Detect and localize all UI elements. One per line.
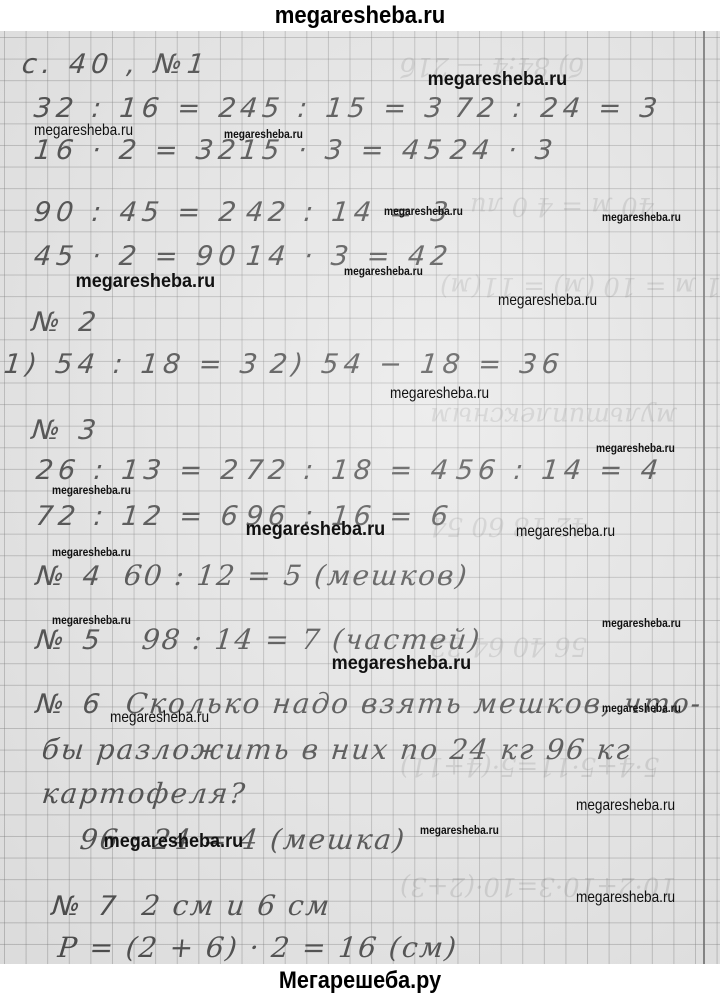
task5-solution: 98 : 14 = 7 (частей) [140,623,483,656]
task7-given: 2 см и 6 см [140,889,333,922]
task7-solution: P = (2 + 6) · 2 = 16 (см) [56,931,459,964]
watermark: megaresheba.ru [428,69,567,91]
watermark: megaresheba.ru [52,613,131,627]
task2-part2: 2) 54 − 18 = 36 [268,349,565,380]
watermark: megaresheba.ru [576,797,675,815]
watermark: megaresheba.ru [390,385,489,403]
task2-part1: 1) 54 : 18 = 3 [2,349,264,380]
task5-label: № 5 [34,625,106,656]
task1-eq: 45 : 15 = 3 [238,93,448,124]
watermark: megaresheba.ru [596,441,675,455]
watermark: megaresheba.ru [110,709,209,727]
task1-eq: 32 : 16 = 2 [32,93,242,124]
watermark: megaresheba.ru [104,831,243,853]
watermark: megaresheba.ru [602,616,681,630]
watermark: megaresheba.ru [52,483,131,497]
task3-eq: 72 : 12 = 6 [34,501,244,532]
task3-eq: 72 : 18 = 4 [244,455,454,486]
task6-question: бы разложить в них по 24 кг 96 кг [40,733,633,766]
watermark: megaresheba.ru [224,127,303,141]
task2-label: № 2 [30,307,102,338]
watermark: megaresheba.ru [384,204,463,218]
watermark: megaresheba.ru [246,519,385,541]
notebook-page: б) 84:4 — 21б 40 м = 4 0 ли 1 м = 10 (м)… [0,31,720,964]
task1-eq: 45 · 2 = 90 [32,241,242,272]
task4-solution: 60 : 12 = 5 (мешков) [122,559,470,592]
task1-eq: 90 : 45 = 2 [32,197,242,228]
watermark: megaresheba.ru [602,210,681,224]
task3-eq: 56 : 14 = 4 [454,455,664,486]
margin-line [703,31,705,964]
task7-label: № 7 [50,891,122,922]
watermark: megaresheba.ru [332,653,471,675]
watermark: megaresheba.ru [420,823,499,837]
watermark: megaresheba.ru [498,292,597,310]
task3-eq: 26 : 13 = 2 [34,455,244,486]
watermark: megaresheba.ru [34,122,133,140]
watermark: megaresheba.ru [576,889,675,907]
watermark: megaresheba.ru [516,523,615,541]
watermark: megaresheba.ru [76,271,215,293]
task6-question: картофеля? [40,777,248,810]
task3-label: № 3 [30,415,102,446]
watermark: megaresheba.ru [602,701,681,715]
watermark: megaresheba.ru [344,264,423,278]
task6-label: № 6 [34,689,106,720]
site-footer: Мегарешеба.ру [36,964,684,998]
bleed-through-text: мультиплексным [430,401,677,431]
watermark: megaresheba.ru [52,545,131,559]
task1-eq: 24 · 3 [448,135,559,166]
page-reference: с. 40 , №1 [20,49,211,80]
task4-label: № 4 [34,561,106,592]
task1-eq: 72 : 24 = 3 [453,93,663,124]
site-header: megaresheba.ru [29,0,691,31]
